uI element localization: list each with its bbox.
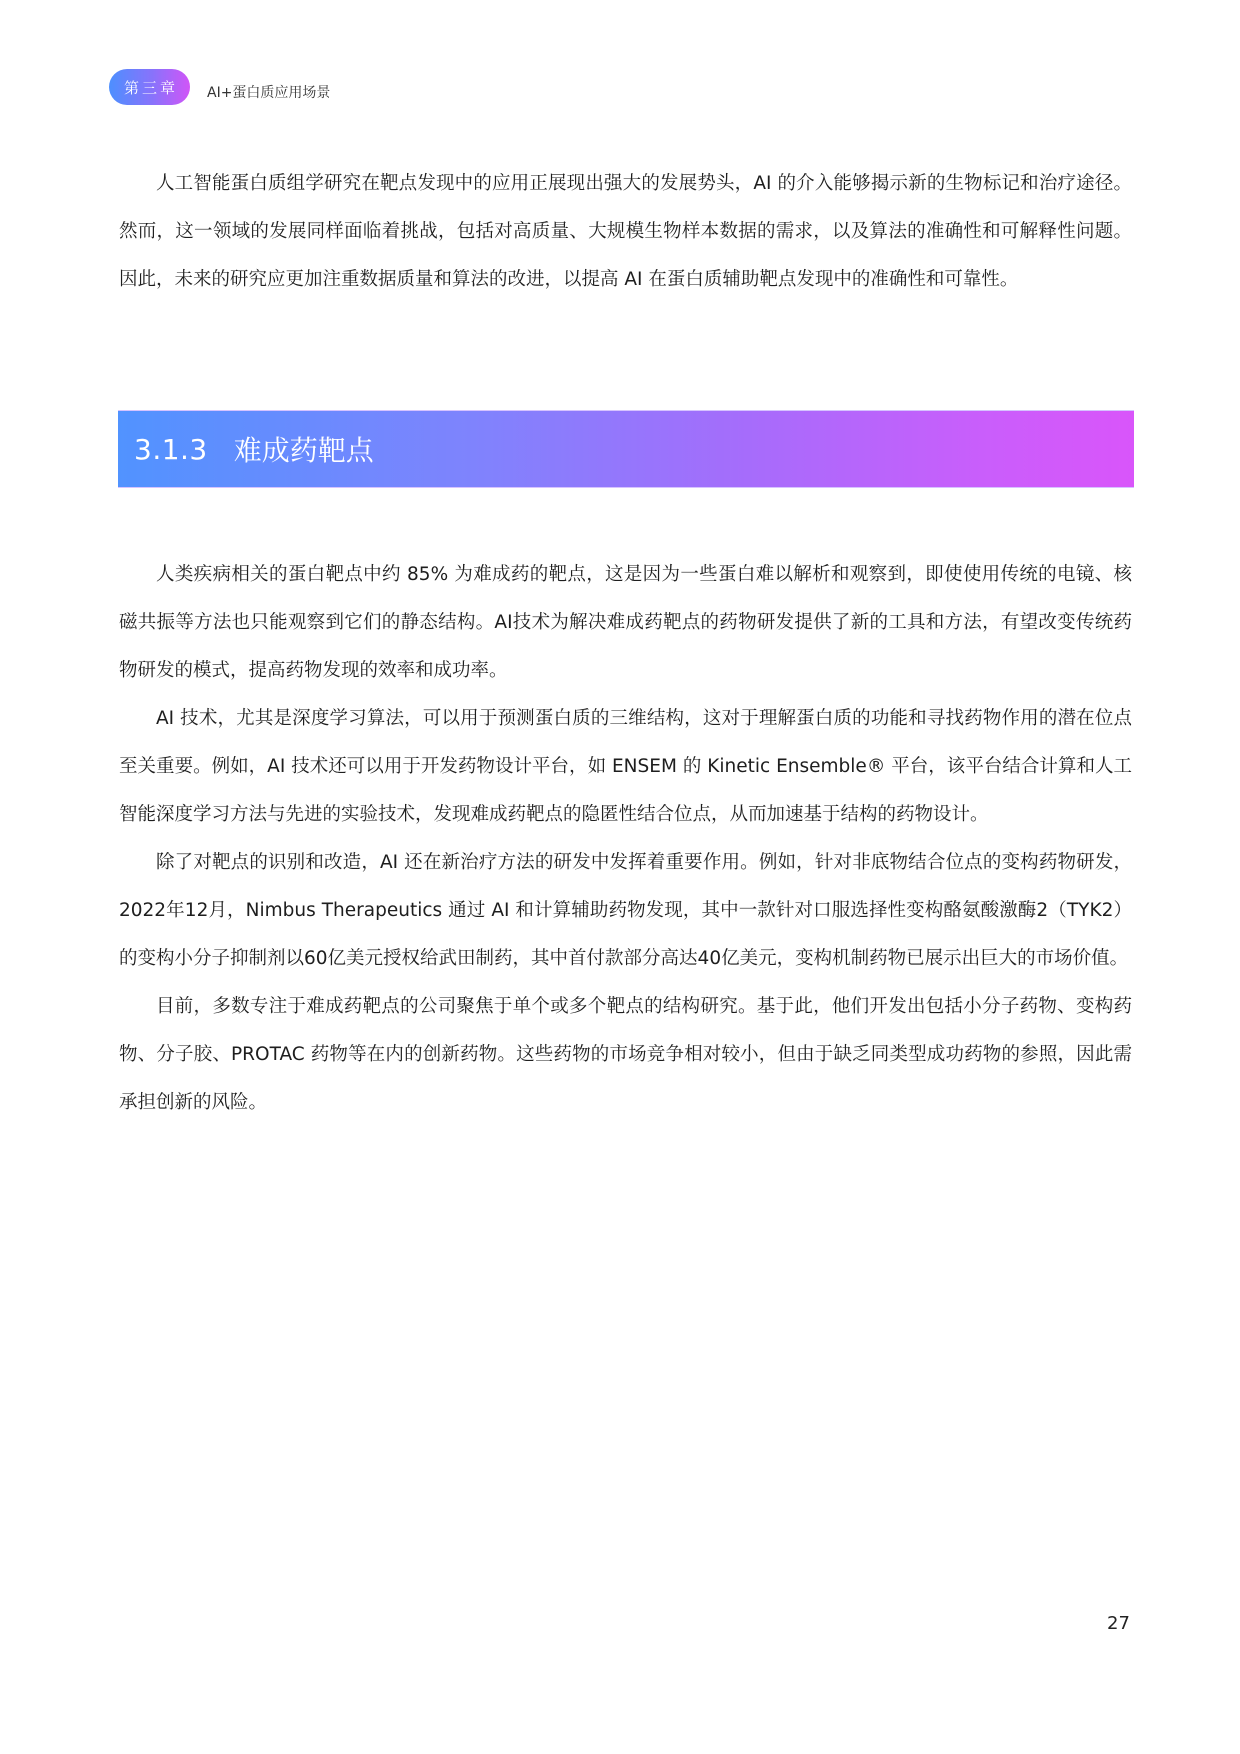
intro-paragraph: 人工智能蛋白质组学研究在靶点发现中的应用正展现出强大的发展势头，AI 的介入能够… (119, 160, 1132, 304)
chapter-title: AI+蛋白质应用场景 (207, 82, 330, 102)
paragraph-companies: 目前，多数专注于难成药靶点的公司聚焦于单个或多个靶点的结构研究。基于此，他们开发… (119, 983, 1132, 1127)
section-body: 人类疾病相关的蛋白靶点中约 85% 为难成药的靶点，这是因为一些蛋白难以解析和观… (119, 551, 1132, 1127)
paragraph-allosteric-drugs: 除了对靶点的识别和改造，AI 还在新治疗方法的研发中发挥着重要作用。例如，针对非… (119, 839, 1132, 983)
page-number: 27 (1107, 1613, 1130, 1634)
chapter-badge: 第三章 (109, 69, 190, 105)
section-number: 3.1.3 (134, 433, 208, 466)
page-header: 第三章 AI+蛋白质应用场景 (109, 69, 330, 105)
paragraph-undruggable-targets: 人类疾病相关的蛋白靶点中约 85% 为难成药的靶点，这是因为一些蛋白难以解析和观… (119, 551, 1132, 695)
section-title: 难成药靶点 (234, 429, 374, 469)
section-heading-banner: 3.1.3 难成药靶点 (118, 410, 1134, 488)
intro-section: 人工智能蛋白质组学研究在靶点发现中的应用正展现出强大的发展势头，AI 的介入能够… (119, 160, 1132, 304)
paragraph-deep-learning: AI 技术，尤其是深度学习算法，可以用于预测蛋白质的三维结构，这对于理解蛋白质的… (119, 695, 1132, 839)
